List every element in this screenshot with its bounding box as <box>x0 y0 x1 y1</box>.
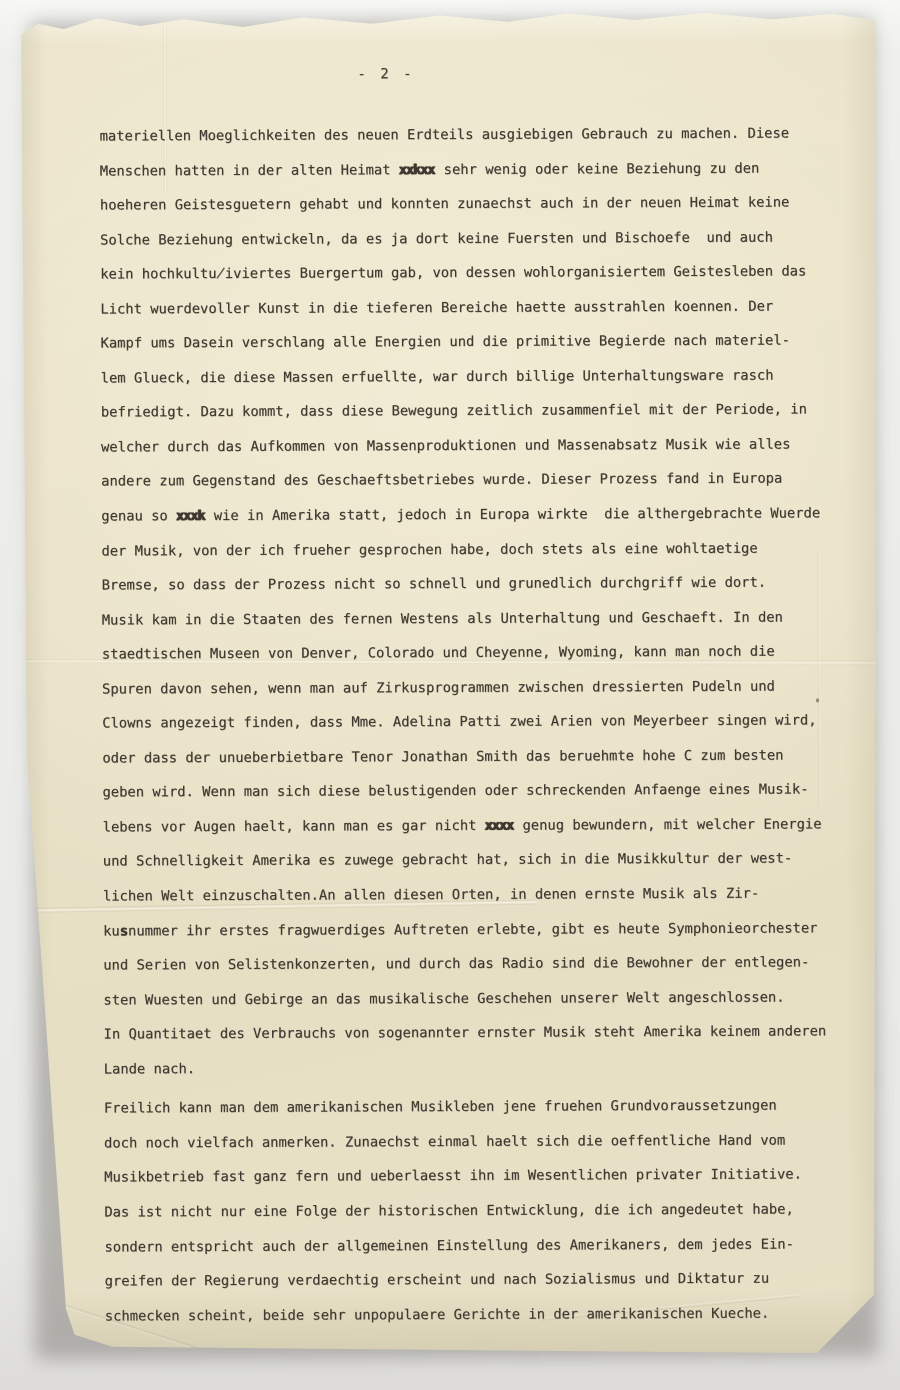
typewritten-line: materiellen Moeglichkeiten des neuen Erd… <box>100 116 860 154</box>
typewritten-line: genau so xxxk wie in Amerika statt, jedo… <box>101 496 861 534</box>
typewritten-line: In Quantitaet des Verbrauchs von sogenan… <box>103 1014 863 1052</box>
page-number: - 2 - <box>357 66 414 82</box>
typewritten-line: und Serien von Selistenkonzerten, und du… <box>103 945 863 983</box>
typewritten-line: lebens vor Augen haelt, kann man es gar … <box>103 807 863 845</box>
typewritten-lines: materiellen Moeglichkeiten des neuen Erd… <box>100 116 865 1333</box>
typewritten-line: lem Glueck, die diese Massen erfuellte, … <box>101 358 861 396</box>
typewritten-line: Lande nach. <box>104 1049 864 1087</box>
typewritten-line: Das ist nicht nur eine Folge der histori… <box>104 1192 864 1230</box>
typewritten-page: - 2 - materiellen Moeglichkeiten des neu… <box>21 8 881 1358</box>
typewritten-line: Solche Beziehung entwickeln, da es ja do… <box>100 220 860 258</box>
typewritten-line: Spuren davon sehen, wenn man auf Zirkusp… <box>102 669 862 707</box>
typewritten-line: welcher durch das Aufkommen von Massenpr… <box>101 427 861 465</box>
typewritten-line: greifen der Regierung verdaechtig ersche… <box>105 1261 865 1299</box>
typewritten-line: geben wird. Wenn man sich diese belustig… <box>102 773 862 811</box>
typewritten-line: sten Wuesten und Gebirge an das musikali… <box>103 980 863 1018</box>
typewritten-line: Clowns angezeigt finden, dass Mme. Adeli… <box>102 704 862 742</box>
typewritten-line: oder dass der unueberbietbare Tenor Jona… <box>102 738 862 776</box>
overtyped-letter: s <box>120 923 128 939</box>
typewritten-line: Musik kam in die Staaten des fernen West… <box>102 600 862 638</box>
typewritten-line: Bremse, so dass der Prozess nicht so sch… <box>101 565 861 603</box>
typewritten-line: andere zum Gegenstand des Geschaeftsbetr… <box>101 462 861 500</box>
overstruck-word: xxxx <box>485 818 515 834</box>
typewritten-line: der Musik, von der ich frueher gesproche… <box>101 531 861 569</box>
overstruck-word: xxxk <box>176 508 206 524</box>
typewritten-line: kein hochkultu̸iviertes Buergertum gab, … <box>100 254 860 292</box>
typewritten-line: lichen Welt einzuschalten.An allen diese… <box>103 876 863 914</box>
typewritten-line: doch noch vielfach anmerken. Zunaechst e… <box>104 1123 864 1161</box>
typewritten-line: kusnummer ihr erstes fragwuerdiges Auftr… <box>103 911 863 949</box>
typewritten-line: Freilich kann man dem amerikanischen Mus… <box>104 1089 864 1127</box>
typewritten-line: Kampf ums Dasein verschlang alle Energie… <box>100 323 860 361</box>
typewritten-line: schmecken scheint, beide sehr unpopulaer… <box>105 1296 865 1334</box>
typewritten-line: Licht wuerdevoller Kunst in die tieferen… <box>100 289 860 327</box>
typewritten-line: hoeheren Geistesguetern gehabt und konnt… <box>100 185 860 223</box>
typewritten-line: befriedigt. Dazu kommt, dass diese Beweg… <box>101 393 861 431</box>
typewritten-line: sondern entspricht auch der allgemeinen … <box>104 1227 864 1265</box>
typewritten-line: und Schnelligkeit Amerika es zuwege gebr… <box>103 842 863 880</box>
overstruck-word: xxkxx <box>399 162 436 178</box>
typewritten-line: staedtischen Museen von Denver, Colorado… <box>102 634 862 672</box>
typewritten-line: Musikbetrieb fast ganz fern und ueberlae… <box>104 1158 864 1196</box>
typewritten-line: Menschen hatten in der alten Heimat xxkx… <box>100 151 860 189</box>
